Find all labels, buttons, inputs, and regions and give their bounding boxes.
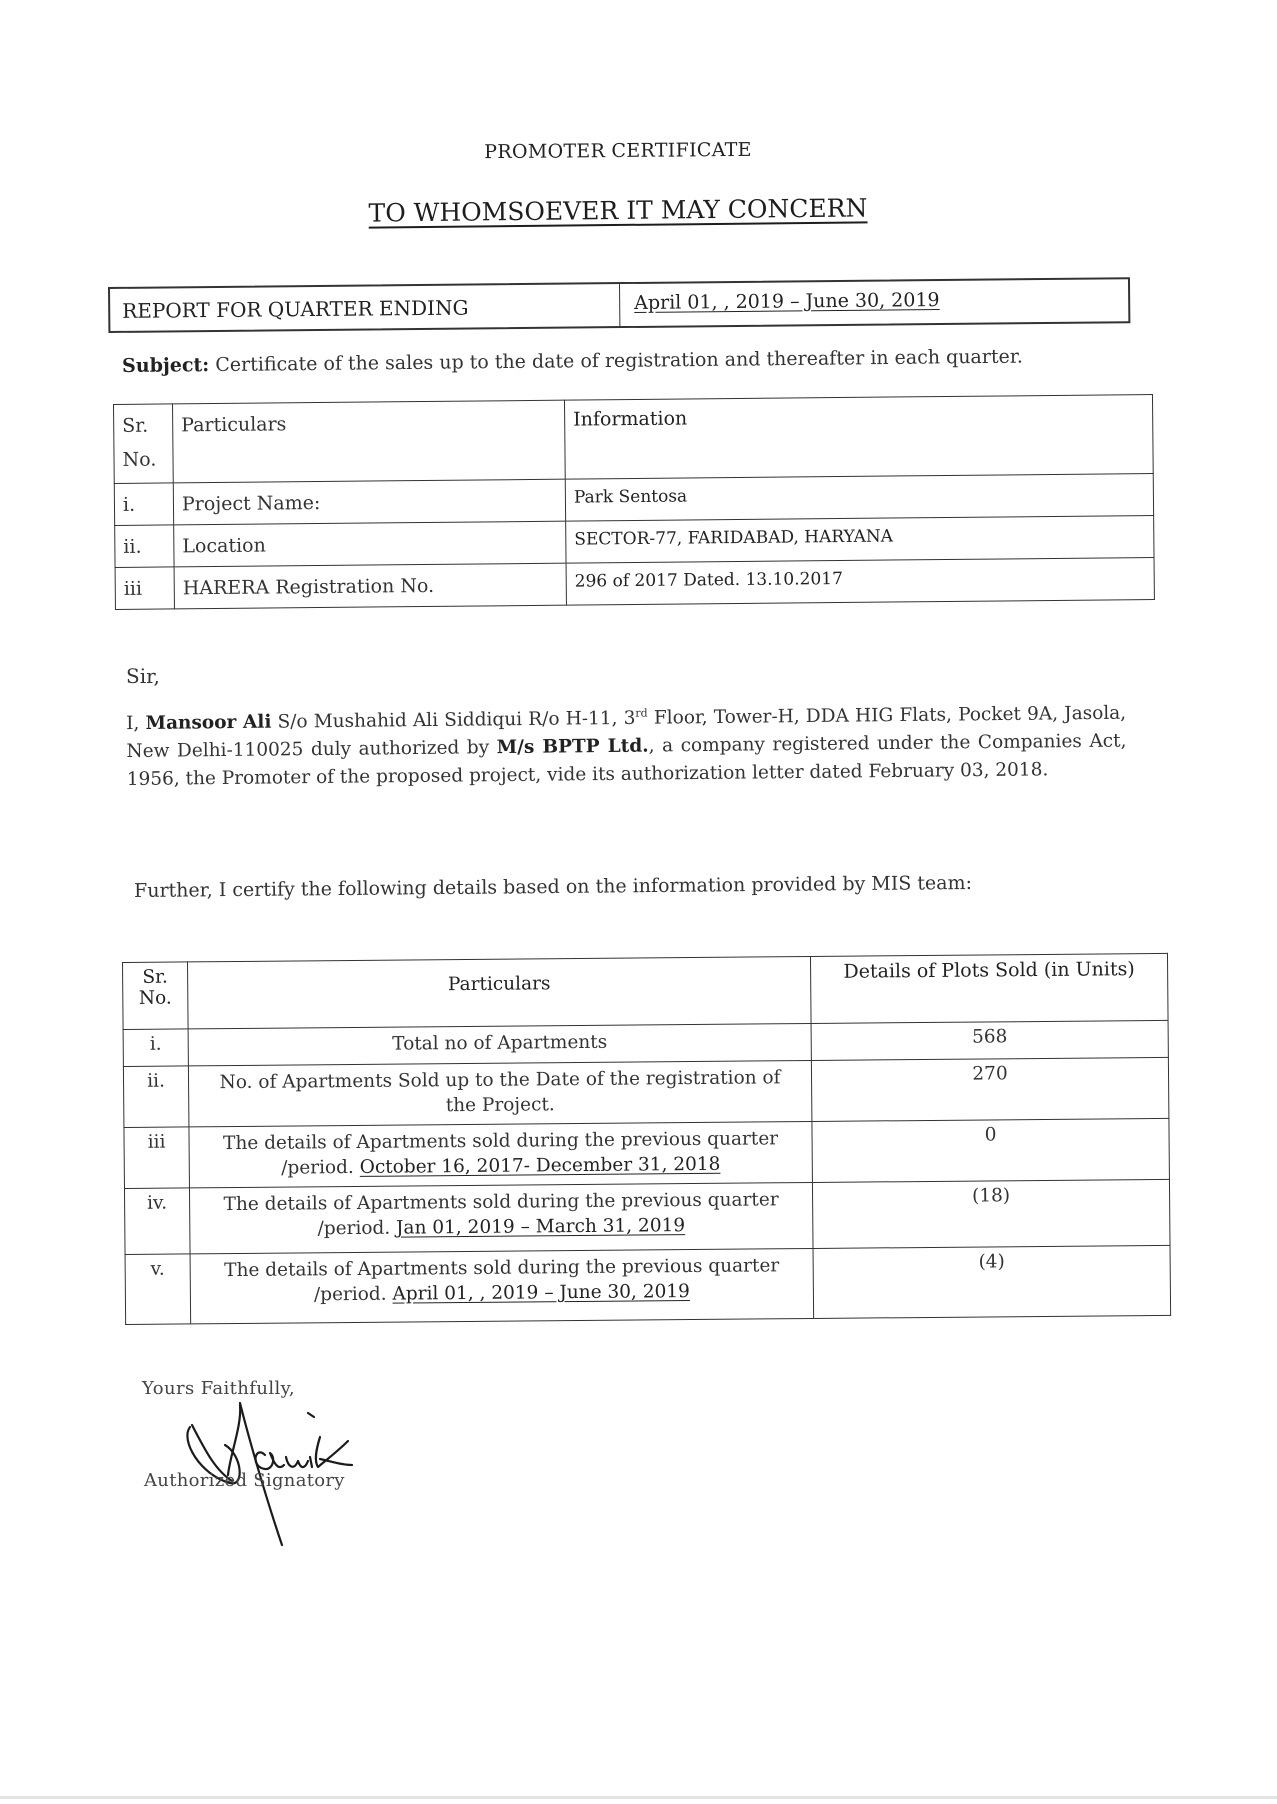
row-particular: The details of Apartments sold during th… [190,1248,814,1323]
row-info: Park Sentosa [565,474,1153,522]
row-particular: No. of Apartments Sold up to the Date of… [188,1060,812,1126]
row-line1: The details of Apartments sold during th… [197,1253,807,1283]
row-sr: ii. [123,1066,189,1128]
period-prefix: /period. [317,1218,396,1240]
period-prefix: /period. [281,1157,360,1179]
subject-line: Subject: Certificate of the sales up to … [122,346,1023,377]
row-particular: HARERA Registration No. [174,563,566,609]
salutation: Sir, [126,664,160,688]
row-line2: the Project. [195,1090,805,1120]
quarter-label: REPORT FOR QUARTER ENDING [110,284,620,331]
row-sr: i. [123,1029,188,1067]
para-text: I, [126,713,146,734]
row-line1: The details of Apartments sold during th… [196,1187,806,1217]
period-range: Jan 01, 2019 – March 31, 2019 [396,1215,685,1239]
company-name: M/s BPTP Ltd. [497,736,649,759]
para-sup: rd [635,707,647,720]
period-range: April 01, , 2019 – June 30, 2019 [392,1281,690,1305]
row-value: 0 [812,1118,1170,1182]
header-sr-line1: Sr. [122,415,164,437]
row-value: (4) [813,1245,1171,1318]
subject-text: Certificate of the sales up to the date … [209,346,1023,377]
row-sr: iii [115,567,174,610]
table-row: iv. The details of Apartments sold durin… [124,1179,1170,1254]
row-sr: ii. [115,525,174,568]
row-particular: The details of Apartments sold during th… [189,1182,813,1253]
row-particular: Total no of Apartments [188,1023,811,1065]
row-line1: No. of Apartments Sold up to the Date of… [195,1065,805,1095]
header-sr-line1: Sr. [129,966,181,987]
page-edge [0,1796,1277,1799]
period-range: October 16, 2017- December 31, 2018 [360,1154,721,1178]
quarter-value: April 01, , 2019 – June 30, 2019 [620,281,940,326]
table-row: ii. No. of Apartments Sold up to the Dat… [123,1057,1168,1127]
row-value: 568 [811,1020,1168,1060]
table-header-row: Sr.No. Particulars Details of Plots Sold… [123,953,1169,1029]
row-particular: Location [174,521,566,567]
document-subtitle: TO WHOMSOEVER IT MAY CONCERN [0,190,1236,232]
row-value: (18) [812,1179,1170,1248]
row-particular: The details of Apartments sold during th… [189,1121,813,1187]
row-line2: /period. April 01, , 2019 – June 30, 201… [197,1278,807,1308]
header-information: Information [564,395,1153,480]
table-row: iii HARERA Registration No. 296 of 2017 … [115,558,1154,610]
row-value: 270 [811,1057,1169,1121]
table-row: iii The details of Apartments sold durin… [124,1118,1169,1188]
row-particular: Project Name: [173,479,565,525]
period-prefix: /period. [314,1284,393,1306]
row-info: 296 of 2017 Dated. 13.10.2017 [566,558,1154,606]
header-particulars: Particulars [188,956,812,1028]
table-row: v. The details of Apartments sold during… [125,1245,1171,1324]
header-details: Details of Plots Sold (in Units) [810,953,1168,1023]
signatory-name: Mansoor Ali [145,712,271,734]
document-title: PROMOTER CERTIFICATE [0,135,1236,168]
project-info-table: Sr.No. Particulars Information i. Projec… [113,394,1155,610]
row-sr: i. [114,483,173,526]
certificate-page: PROMOTER CERTIFICATE TO WHOMSOEVER IT MA… [0,0,1277,1804]
header-particulars: Particulars [173,400,566,483]
row-sr: iv. [124,1188,190,1255]
subtitle-text: TO WHOMSOEVER IT MAY CONCERN [368,193,867,227]
header-sr-line2: No. [122,449,164,471]
table-header-row: Sr.No. Particulars Information [114,395,1154,484]
further-statement: Further, I certify the following details… [134,872,972,902]
header-sr: Sr.No. [123,962,189,1030]
header-sr-line2: No. [129,987,181,1008]
authorized-signatory-label: Authorized Signatory [144,1470,345,1491]
subject-label: Subject: [122,354,209,377]
row-sr: v. [125,1254,191,1325]
declaration-paragraph: I, Mansoor Ali S/o Mushahid Ali Siddiqui… [126,695,1127,795]
quarter-ending-box: REPORT FOR QUARTER ENDING April 01, , 20… [108,277,1130,333]
para-text: S/o Mushahid Ali Siddiqui R/o H-11, 3 [271,708,635,733]
row-info: SECTOR-77, FARIDABAD, HARYANA [566,516,1154,564]
row-line2: /period. October 16, 2017- December 31, … [196,1151,806,1181]
row-sr: iii [124,1127,190,1189]
header-sr: Sr.No. [114,404,174,484]
sales-details-table: Sr.No. Particulars Details of Plots Sold… [122,953,1171,1325]
row-line2: /period. Jan 01, 2019 – March 31, 2019 [196,1212,806,1242]
